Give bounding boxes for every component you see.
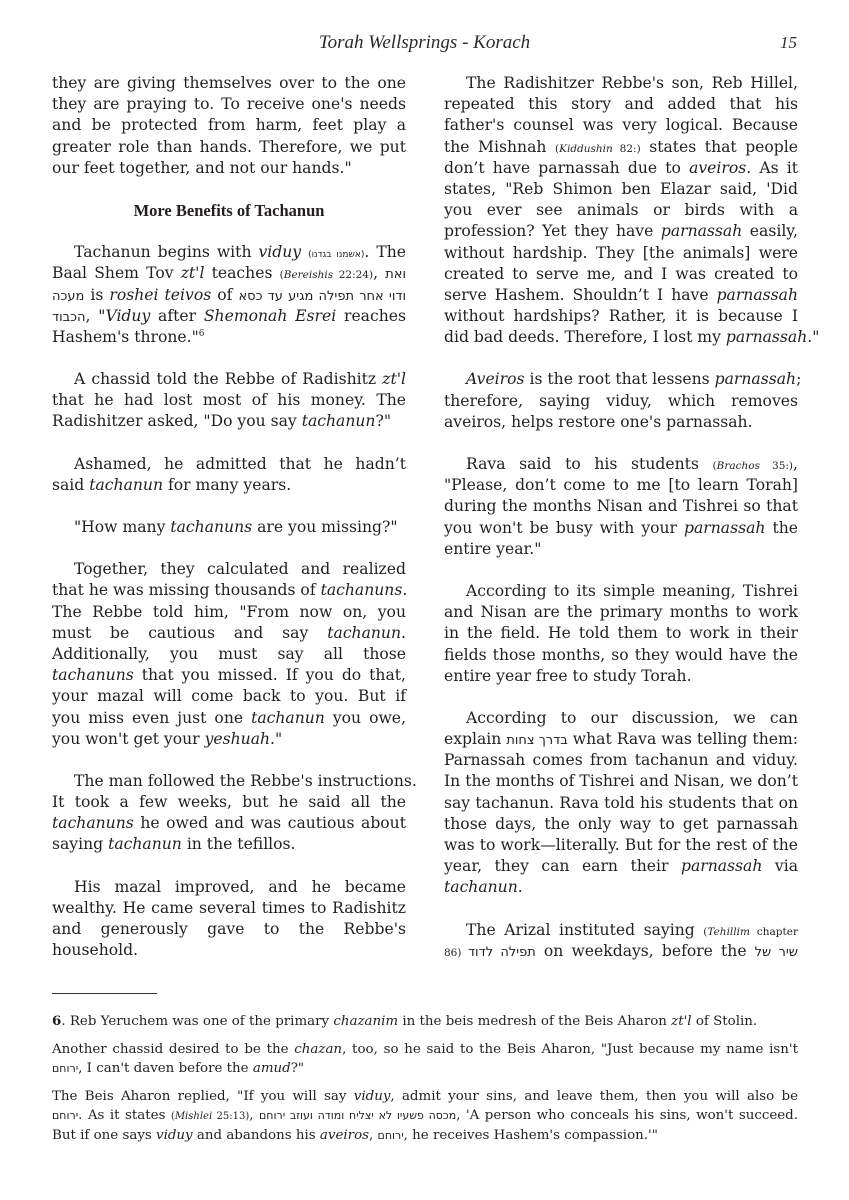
section-heading: More Benefits of Tachanun bbox=[52, 200, 406, 221]
footnote-reference: 6 bbox=[199, 329, 205, 339]
hebrew-text: הכבוד bbox=[52, 310, 86, 325]
text-line: repeated this story and added that his bbox=[444, 94, 798, 115]
citation: Kiddushin bbox=[559, 143, 613, 155]
text-line: said tachanun for many years. bbox=[52, 475, 406, 496]
citation: Mishlei bbox=[175, 1111, 212, 1122]
text-line: 6. Reb Yeruchem was one of the primary c… bbox=[52, 1012, 798, 1032]
italic-term: zt'l bbox=[181, 264, 205, 282]
text-line: serve Hashem. Shouldn’t I have parnassah bbox=[444, 285, 798, 306]
text-segment: ." bbox=[807, 328, 819, 346]
text-segment: say tachanun. Rava told his students tha… bbox=[444, 794, 798, 812]
text-segment: those days, the only way to get parnassa… bbox=[444, 815, 798, 833]
text-line: According to its simple meaning, Tishrei bbox=[444, 581, 798, 602]
text-line: did bad deeds. Therefore, I lost my parn… bbox=[444, 327, 798, 348]
text-line: Hashem's throne."6 bbox=[52, 327, 406, 348]
citation: 25:13) bbox=[212, 1111, 249, 1122]
right-column: The Radishitzer Rebbe's son, Reb Hillel,… bbox=[444, 73, 798, 962]
italic-term: amud bbox=[253, 1061, 291, 1076]
text-line: without hardships? Rather, it is because… bbox=[444, 306, 798, 327]
text-segment: "How many bbox=[74, 518, 170, 536]
citation: chapter bbox=[750, 926, 798, 938]
text-segment: But if one says bbox=[52, 1128, 156, 1143]
italic-term: parnassah bbox=[661, 222, 742, 240]
text-segment: entire year free to study Torah. bbox=[444, 667, 692, 685]
text-segment: Tachanun begins with bbox=[74, 243, 258, 261]
hebrew-text: (אשמנו בגדנו) bbox=[308, 250, 364, 260]
text-segment: In the months of Tishrei and Nisan, we d… bbox=[444, 772, 798, 790]
citation: 82:) bbox=[613, 143, 641, 155]
italic-term: tachanun bbox=[327, 624, 401, 642]
italic-term: parnassah bbox=[717, 286, 798, 304]
text-line: 86) תפילה לדוד on weekdays, before the ש… bbox=[444, 941, 798, 962]
page-number: 15 bbox=[780, 33, 797, 53]
text-segment: you won't get your bbox=[52, 730, 205, 748]
text-segment: for many years. bbox=[163, 476, 291, 494]
text-segment: Baal Shem Tov bbox=[52, 264, 181, 282]
text-segment: , bbox=[793, 455, 798, 473]
text-segment: Ashamed, he admitted that he hadn’t bbox=[74, 455, 406, 473]
citation: 35:) bbox=[760, 460, 793, 472]
text-line: The Radishitzer Rebbe's son, Reb Hillel, bbox=[444, 73, 798, 94]
text-line: our feet together, and not our hands." bbox=[52, 158, 406, 179]
text-segment: they are giving themselves over to the o… bbox=[52, 74, 406, 92]
text-segment: via bbox=[762, 857, 798, 875]
running-title: Torah Wellsprings - Korach bbox=[0, 32, 849, 54]
text-segment: . As it bbox=[746, 159, 798, 177]
text-segment: without hardship. They [the animals] wer… bbox=[444, 244, 798, 262]
text-line: created to serve me, and I was created t… bbox=[444, 264, 798, 285]
text-segment: "Please, don’t come to me [to learn Tora… bbox=[444, 476, 798, 494]
italic-term: zt'l bbox=[382, 370, 406, 388]
text-line: In the months of Tishrei and Nisan, we d… bbox=[444, 771, 798, 792]
text-segment: you ever see animals or birds with a bbox=[444, 201, 798, 219]
italic-term: parnassah bbox=[681, 857, 762, 875]
text-segment: ?" bbox=[375, 412, 391, 430]
text-line: His mazal improved, and he became bbox=[52, 877, 406, 898]
text-line: in the field. He told them to work in th… bbox=[444, 623, 798, 644]
text-segment: , too, so he said to the Beis Aharon, "J… bbox=[342, 1042, 798, 1057]
text-line: The man followed the Rebbe's instruction… bbox=[52, 771, 406, 792]
text-segment: household. bbox=[52, 941, 138, 959]
text-segment: and generously gave to the Rebbe's bbox=[52, 920, 406, 938]
text-line: tachanun. bbox=[444, 877, 798, 898]
text-line: say tachanun. Rava told his students tha… bbox=[444, 793, 798, 814]
text-line: tachanuns he owed and was cautious about bbox=[52, 813, 406, 834]
italic-term: tachanun bbox=[444, 878, 518, 896]
text-segment: your mazal will come back to you. But if bbox=[52, 687, 406, 705]
text-segment: , 'A person who conceals his sins, won't… bbox=[456, 1108, 798, 1123]
text-line: and be protected from harm, feet play a bbox=[52, 115, 406, 136]
footnotes: 6. Reb Yeruchem was one of the primary c… bbox=[52, 1012, 798, 1145]
text-segment: was to work—literally. But for the rest … bbox=[444, 836, 798, 854]
italic-term: Aveiros bbox=[466, 370, 525, 388]
italic-term: zt'l bbox=[671, 1014, 691, 1029]
text-line: during the months Nisan and Tishrei so t… bbox=[444, 496, 798, 517]
text-segment: Additionally, you must say all those bbox=[52, 645, 406, 663]
text-line: Radishitzer asked, "Do you say tachanun?… bbox=[52, 411, 406, 432]
italic-term: aveiros bbox=[320, 1128, 369, 1143]
text-line: must be cautious and say tachanun. bbox=[52, 623, 406, 644]
text-segment: reaches bbox=[336, 307, 406, 325]
text-segment: greater role than hands. Therefore, we p… bbox=[52, 138, 406, 156]
text-line: profession? Yet they have parnassah easi… bbox=[444, 221, 798, 242]
text-segment: our feet together, and not our hands." bbox=[52, 159, 352, 177]
text-line: entire year." bbox=[444, 539, 798, 560]
text-segment: on weekdays, before the bbox=[536, 942, 755, 960]
hebrew-text: בדרך צחות bbox=[506, 733, 567, 748]
text-segment: during the months Nisan and Tishrei so t… bbox=[444, 497, 798, 515]
text-line: Baal Shem Tov zt'l teaches (Bereishis 22… bbox=[52, 263, 406, 284]
text-segment: saying bbox=[52, 835, 108, 853]
text-segment: in the tefillos. bbox=[182, 835, 296, 853]
text-segment: serve Hashem. Shouldn’t I have bbox=[444, 286, 717, 304]
text-segment: you won't be busy with your bbox=[444, 519, 684, 537]
text-line: they are praying to. To receive one's ne… bbox=[52, 94, 406, 115]
text-line: Rava said to his students (Brachos 35:), bbox=[444, 454, 798, 475]
text-segment: . bbox=[518, 878, 523, 896]
text-segment: , " bbox=[86, 307, 106, 325]
text-segment: , bbox=[249, 1108, 259, 1123]
italic-term: tachanuns bbox=[52, 666, 134, 684]
text-segment: entire year." bbox=[444, 540, 541, 558]
text-line: they are giving themselves over to the o… bbox=[52, 73, 406, 94]
text-line: Parnassah comes from tachanun and viduy. bbox=[444, 750, 798, 771]
hebrew-text: תפילה לדוד bbox=[468, 945, 536, 960]
text-segment: It took a few weeks, but he said all the bbox=[52, 793, 406, 811]
text-segment: According to its simple meaning, Tishrei bbox=[466, 582, 798, 600]
text-line: ירוחם, I can't daven before the amud?" bbox=[52, 1059, 798, 1079]
text-segment: . The bbox=[364, 243, 406, 261]
text-segment: what Rava was telling them: bbox=[568, 730, 798, 748]
text-segment: explain bbox=[444, 730, 506, 748]
italic-term: yeshuah bbox=[205, 730, 270, 748]
text-segment: The man followed the Rebbe's instruction… bbox=[74, 772, 417, 790]
text-segment: , admit your sins, and leave them, then … bbox=[390, 1089, 798, 1104]
text-segment: Parnassah comes from tachanun and viduy. bbox=[444, 751, 798, 769]
text-segment: Together, they calculated and realized bbox=[74, 560, 406, 578]
hebrew-text: ואת bbox=[385, 267, 406, 282]
italic-term: Viduy bbox=[105, 307, 150, 325]
italic-term: parnassah bbox=[715, 370, 796, 388]
text-segment: Rava said to his students bbox=[466, 455, 713, 473]
italic-term: chazanim bbox=[333, 1014, 398, 1029]
text-segment: of Stolin. bbox=[692, 1014, 758, 1029]
text-line: you won't be busy with your parnassah th… bbox=[444, 518, 798, 539]
text-line: entire year free to study Torah. bbox=[444, 666, 798, 687]
italic-term: viduy bbox=[258, 243, 301, 261]
text-line: that he had lost most of his money. The bbox=[52, 390, 406, 411]
text-line: tachanuns that you missed. If you do tha… bbox=[52, 665, 406, 686]
text-line: "Please, don’t come to me [to learn Tora… bbox=[444, 475, 798, 496]
text-segment: father's counsel was very logical. Becau… bbox=[444, 116, 798, 134]
text-segment: in the field. He told them to work in th… bbox=[444, 624, 798, 642]
text-segment: in the beis medresh of the Beis Aharon bbox=[398, 1014, 671, 1029]
citation: Bereishis bbox=[284, 269, 333, 281]
text-segment: don’t have parnassah due to bbox=[444, 159, 689, 177]
text-segment: they are praying to. To receive one's ne… bbox=[52, 95, 406, 113]
text-segment: are you missing?" bbox=[252, 518, 397, 536]
text-segment: of bbox=[211, 286, 238, 304]
text-segment: must be cautious and say bbox=[52, 624, 327, 642]
text-segment: that he had lost most of his money. The bbox=[52, 391, 406, 409]
text-line: you miss even just one tachanun you owe, bbox=[52, 708, 406, 729]
text-line: The Beis Aharon replied, "If you will sa… bbox=[52, 1087, 798, 1107]
text-line: and generously gave to the Rebbe's bbox=[52, 919, 406, 940]
italic-term: tachanuns bbox=[170, 518, 252, 536]
italic-term: tachanun bbox=[302, 412, 376, 430]
text-line: wealthy. He came several times to Radish… bbox=[52, 898, 406, 919]
text-line: was to work—literally. But for the rest … bbox=[444, 835, 798, 856]
text-line: The Rebbe told him, "From now on, you bbox=[52, 602, 406, 623]
citation: 86) bbox=[444, 947, 468, 959]
text-line: It took a few weeks, but he said all the bbox=[52, 792, 406, 813]
italic-term: tachanun bbox=[108, 835, 182, 853]
text-segment: you miss even just one bbox=[52, 709, 251, 727]
text-segment: that he was missing thousands of bbox=[52, 581, 321, 599]
text-line: A chassid told the Rebbe of Radishitz zt… bbox=[52, 369, 406, 390]
text-line: "How many tachanuns are you missing?" bbox=[52, 517, 406, 538]
text-segment: that you missed. If you do that, bbox=[134, 666, 406, 684]
text-segment: he owed and was cautious about bbox=[134, 814, 406, 832]
text-line: explain בדרך צחות what Rava was telling … bbox=[444, 729, 798, 750]
text-segment: . bbox=[402, 581, 407, 599]
text-segment: year, they can earn their bbox=[444, 857, 681, 875]
text-line: Together, they calculated and realized bbox=[52, 559, 406, 580]
hebrew-text: ירוחם bbox=[52, 1109, 78, 1122]
text-segment: , I can't daven before the bbox=[78, 1061, 253, 1076]
text-segment: after bbox=[150, 307, 204, 325]
text-segment: states that people bbox=[641, 138, 798, 156]
text-segment: The Rebbe told him, "From now on, you bbox=[52, 603, 406, 621]
text-segment: Hashem's throne." bbox=[52, 328, 199, 346]
text-line: states, "Reb Shimon ben Elazar said, 'Di… bbox=[444, 179, 798, 200]
text-segment: you owe, bbox=[325, 709, 406, 727]
italic-term: tachanuns bbox=[321, 581, 403, 599]
text-line: greater role than hands. Therefore, we p… bbox=[52, 137, 406, 158]
text-segment: According to our discussion, we can bbox=[466, 709, 798, 727]
text-line: that he was missing thousands of tachanu… bbox=[52, 580, 406, 601]
hebrew-text: שיר של bbox=[755, 945, 798, 960]
text-line: The Arizal instituted saying (Tehillim c… bbox=[444, 920, 798, 941]
text-segment: , he receives Hashem's compassion.'" bbox=[404, 1128, 658, 1143]
italic-term: aveiros bbox=[689, 159, 746, 177]
italic-term: parnassah bbox=[726, 328, 807, 346]
text-segment: Radishitzer asked, "Do you say bbox=[52, 412, 302, 430]
text-segment: wealthy. He came several times to Radish… bbox=[52, 899, 406, 917]
text-line: According to our discussion, we can bbox=[444, 708, 798, 729]
text-segment: without hardships? Rather, it is because… bbox=[444, 307, 798, 325]
italic-term: tachanun bbox=[89, 476, 163, 494]
text-line: מעכה is roshei teivos of ודוי אחר תפילה … bbox=[52, 285, 406, 306]
text-segment: More Benefits of Tachanun bbox=[134, 201, 325, 220]
text-line: Tachanun begins with viduy (אשמנו בגדנו)… bbox=[52, 242, 406, 263]
text-line: you won't get your yeshuah." bbox=[52, 729, 406, 750]
text-segment: therefore, saying viduy, which removes bbox=[444, 392, 798, 410]
text-segment: did bad deeds. Therefore, I lost my bbox=[444, 328, 726, 346]
text-line: Ashamed, he admitted that he hadn’t bbox=[52, 454, 406, 475]
italic-term: chazan bbox=[294, 1042, 342, 1057]
book-page: Torah Wellsprings - Korach 15 they are g… bbox=[0, 0, 849, 1200]
footnote-number: 6 bbox=[52, 1013, 61, 1029]
text-segment: and abandons his bbox=[193, 1128, 320, 1143]
text-segment: . As it states bbox=[78, 1108, 171, 1123]
text-segment: , bbox=[373, 264, 385, 282]
text-segment: ?" bbox=[291, 1061, 304, 1076]
text-segment: is the root that lessens bbox=[525, 370, 715, 388]
text-line: and Nisan are the primary months to work bbox=[444, 602, 798, 623]
text-line: aveiros, helps restore one's parnassah. bbox=[444, 412, 798, 433]
italic-term: Shemonah Esrei bbox=[204, 307, 336, 325]
text-line: Additionally, you must say all those bbox=[52, 644, 406, 665]
italic-term: viduy bbox=[354, 1089, 391, 1104]
left-column: they are giving themselves over to the o… bbox=[52, 73, 406, 961]
text-segment: said bbox=[52, 476, 89, 494]
text-segment: . Reb Yeruchem was one of the primary bbox=[61, 1014, 333, 1029]
text-line: saying tachanun in the tefillos. bbox=[52, 834, 406, 855]
text-segment: the Mishnah bbox=[444, 138, 555, 156]
text-line: ירוחם. As it states (Mishlei 25:13), מכס… bbox=[52, 1106, 798, 1126]
footnote-separator-rule bbox=[52, 993, 157, 994]
hebrew-text: מעכה bbox=[52, 289, 84, 304]
text-segment: teaches bbox=[204, 264, 279, 282]
text-segment: fields those months, so they would have … bbox=[444, 646, 798, 664]
citation: 22:24) bbox=[333, 269, 373, 281]
text-line: But if one says viduy and abandons his a… bbox=[52, 1126, 798, 1146]
italic-term: tachanun bbox=[251, 709, 325, 727]
italic-term: parnassah bbox=[684, 519, 765, 537]
text-segment: easily, bbox=[742, 222, 798, 240]
hebrew-text: ירוחם bbox=[52, 1062, 78, 1075]
text-segment: The Radishitzer Rebbe's son, Reb Hillel, bbox=[466, 74, 798, 92]
text-segment: A chassid told the Rebbe of Radishitz bbox=[74, 370, 382, 388]
hebrew-text: ודוי אחר תפילה מגיע עד כסא bbox=[238, 289, 406, 304]
text-line: year, they can earn their parnassah via bbox=[444, 856, 798, 877]
text-segment: His mazal improved, and he became bbox=[74, 878, 406, 896]
text-line: those days, the only way to get parnassa… bbox=[444, 814, 798, 835]
text-line: household. bbox=[52, 940, 406, 961]
text-segment: the bbox=[765, 519, 798, 537]
text-segment: profession? Yet they have bbox=[444, 222, 661, 240]
text-segment: , bbox=[369, 1128, 378, 1143]
text-line: father's counsel was very logical. Becau… bbox=[444, 115, 798, 136]
text-line: therefore, saying viduy, which removes bbox=[444, 391, 798, 412]
text-segment: ." bbox=[270, 730, 282, 748]
text-segment: is bbox=[84, 286, 109, 304]
text-line: don’t have parnassah due to aveiros. As … bbox=[444, 158, 798, 179]
text-segment: . bbox=[401, 624, 406, 642]
hebrew-text: מכסה פשעיו לא יצליח ומודה ועוזב ירוחם bbox=[259, 1109, 456, 1122]
text-segment: The Arizal instituted saying bbox=[466, 921, 703, 939]
citation: Brachos bbox=[717, 460, 760, 472]
text-segment: ; bbox=[796, 370, 801, 388]
italic-term: tachanuns bbox=[52, 814, 134, 832]
text-segment: The Beis Aharon replied, "If you will sa… bbox=[52, 1089, 354, 1104]
text-segment: created to serve me, and I was created t… bbox=[444, 265, 798, 283]
text-segment: and be protected from harm, feet play a bbox=[52, 116, 406, 134]
text-segment: Another chassid desired to be the bbox=[52, 1042, 294, 1057]
italic-term: roshei teivos bbox=[109, 286, 211, 304]
text-line: הכבוד, "Viduy after Shemonah Esrei reach… bbox=[52, 306, 406, 327]
text-segment: repeated this story and added that his bbox=[444, 95, 798, 113]
text-line: the Mishnah (Kiddushin 82:) states that … bbox=[444, 137, 798, 158]
text-line: you ever see animals or birds with a bbox=[444, 200, 798, 221]
text-line: fields those months, so they would have … bbox=[444, 645, 798, 666]
text-line: without hardship. They [the animals] wer… bbox=[444, 243, 798, 264]
text-segment: aveiros, helps restore one's parnassah. bbox=[444, 413, 753, 431]
citation: Tehillim bbox=[707, 926, 750, 938]
text-line: Aveiros is the root that lessens parnass… bbox=[444, 369, 798, 390]
text-segment: states, "Reb Shimon ben Elazar said, 'Di… bbox=[444, 180, 798, 198]
italic-term: viduy bbox=[156, 1128, 193, 1143]
text-line: your mazal will come back to you. But if bbox=[52, 686, 406, 707]
text-line: Another chassid desired to be the chazan… bbox=[52, 1040, 798, 1060]
text-segment: and Nisan are the primary months to work bbox=[444, 603, 798, 621]
hebrew-text: ירוחם bbox=[378, 1129, 404, 1142]
